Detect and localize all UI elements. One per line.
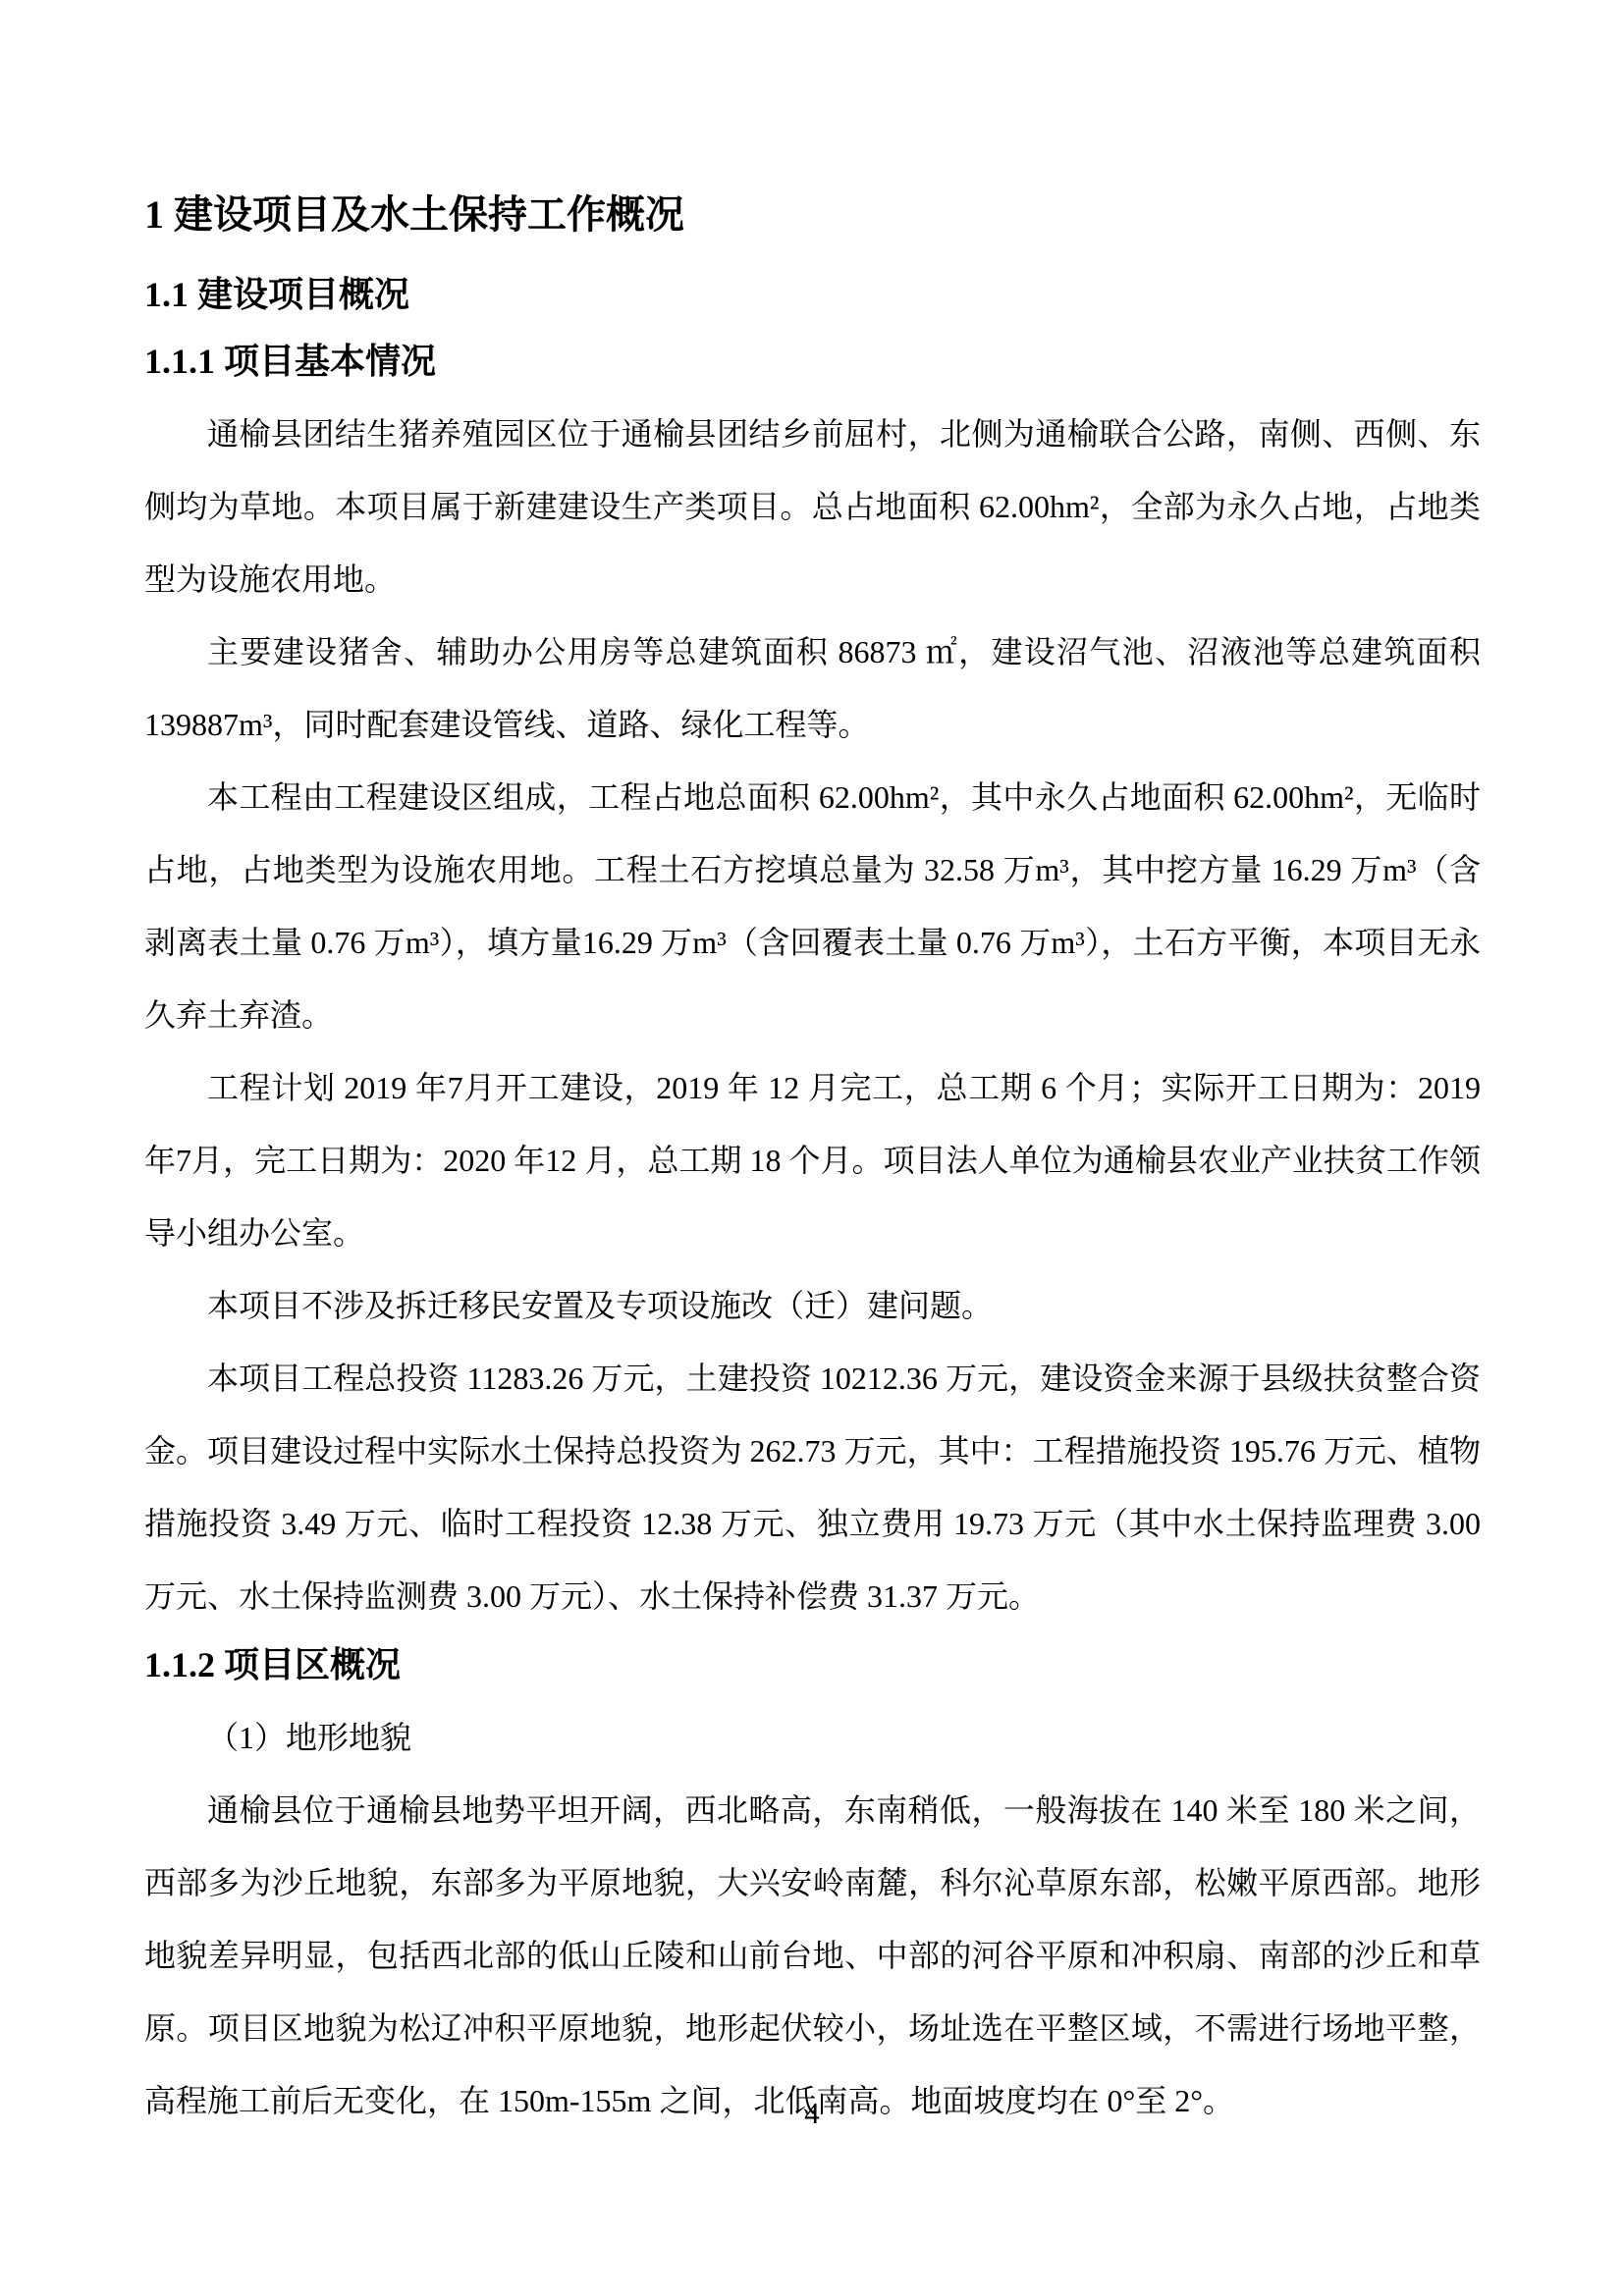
page-number: 4 — [0, 2096, 1624, 2131]
heading-chapter-1: 1 建设项目及水土保持工作概况 — [144, 191, 1481, 239]
paragraph-construction-content: 主要建设猪舍、辅助办公用房等总建筑面积 86873 ㎡，建设沼气池、沼液池等总建… — [144, 615, 1481, 761]
paragraph-earthwork: 本工程由工程建设区组成，工程占地总面积 62.00hm²，其中永久占地面积 62… — [144, 761, 1481, 1051]
paragraph-investment: 本项目工程总投资 11283.26 万元，土建投资 10212.36 万元，建设… — [144, 1342, 1481, 1632]
heading-section-1-1: 1.1 建设项目概况 — [144, 272, 1481, 317]
subheading-terrain-landform: （1）地形地貌 — [144, 1701, 1481, 1774]
paragraph-schedule: 工程计划 2019 年7月开工建设，2019 年 12 月完工，总工期 6 个月… — [144, 1051, 1481, 1269]
heading-section-1-1-2: 1.1.2 项目区概况 — [144, 1642, 1481, 1687]
document-page: 1 建设项目及水土保持工作概况 1.1 建设项目概况 1.1.1 项目基本情况 … — [0, 0, 1624, 2296]
paragraph-project-location: 通榆县团结生猪养殖园区位于通榆县团结乡前屈村，北侧为通榆联合公路，南侧、西侧、东… — [144, 398, 1481, 615]
paragraph-resettlement: 本项目不涉及拆迁移民安置及专项设施改（迁）建问题。 — [144, 1269, 1481, 1342]
heading-section-1-1-1: 1.1.1 项目基本情况 — [144, 339, 1481, 384]
paragraph-terrain-description: 通榆县位于通榆县地势平坦开阔，西北略高，东南稍低，一般海拔在 140 米至 18… — [144, 1774, 1481, 2137]
